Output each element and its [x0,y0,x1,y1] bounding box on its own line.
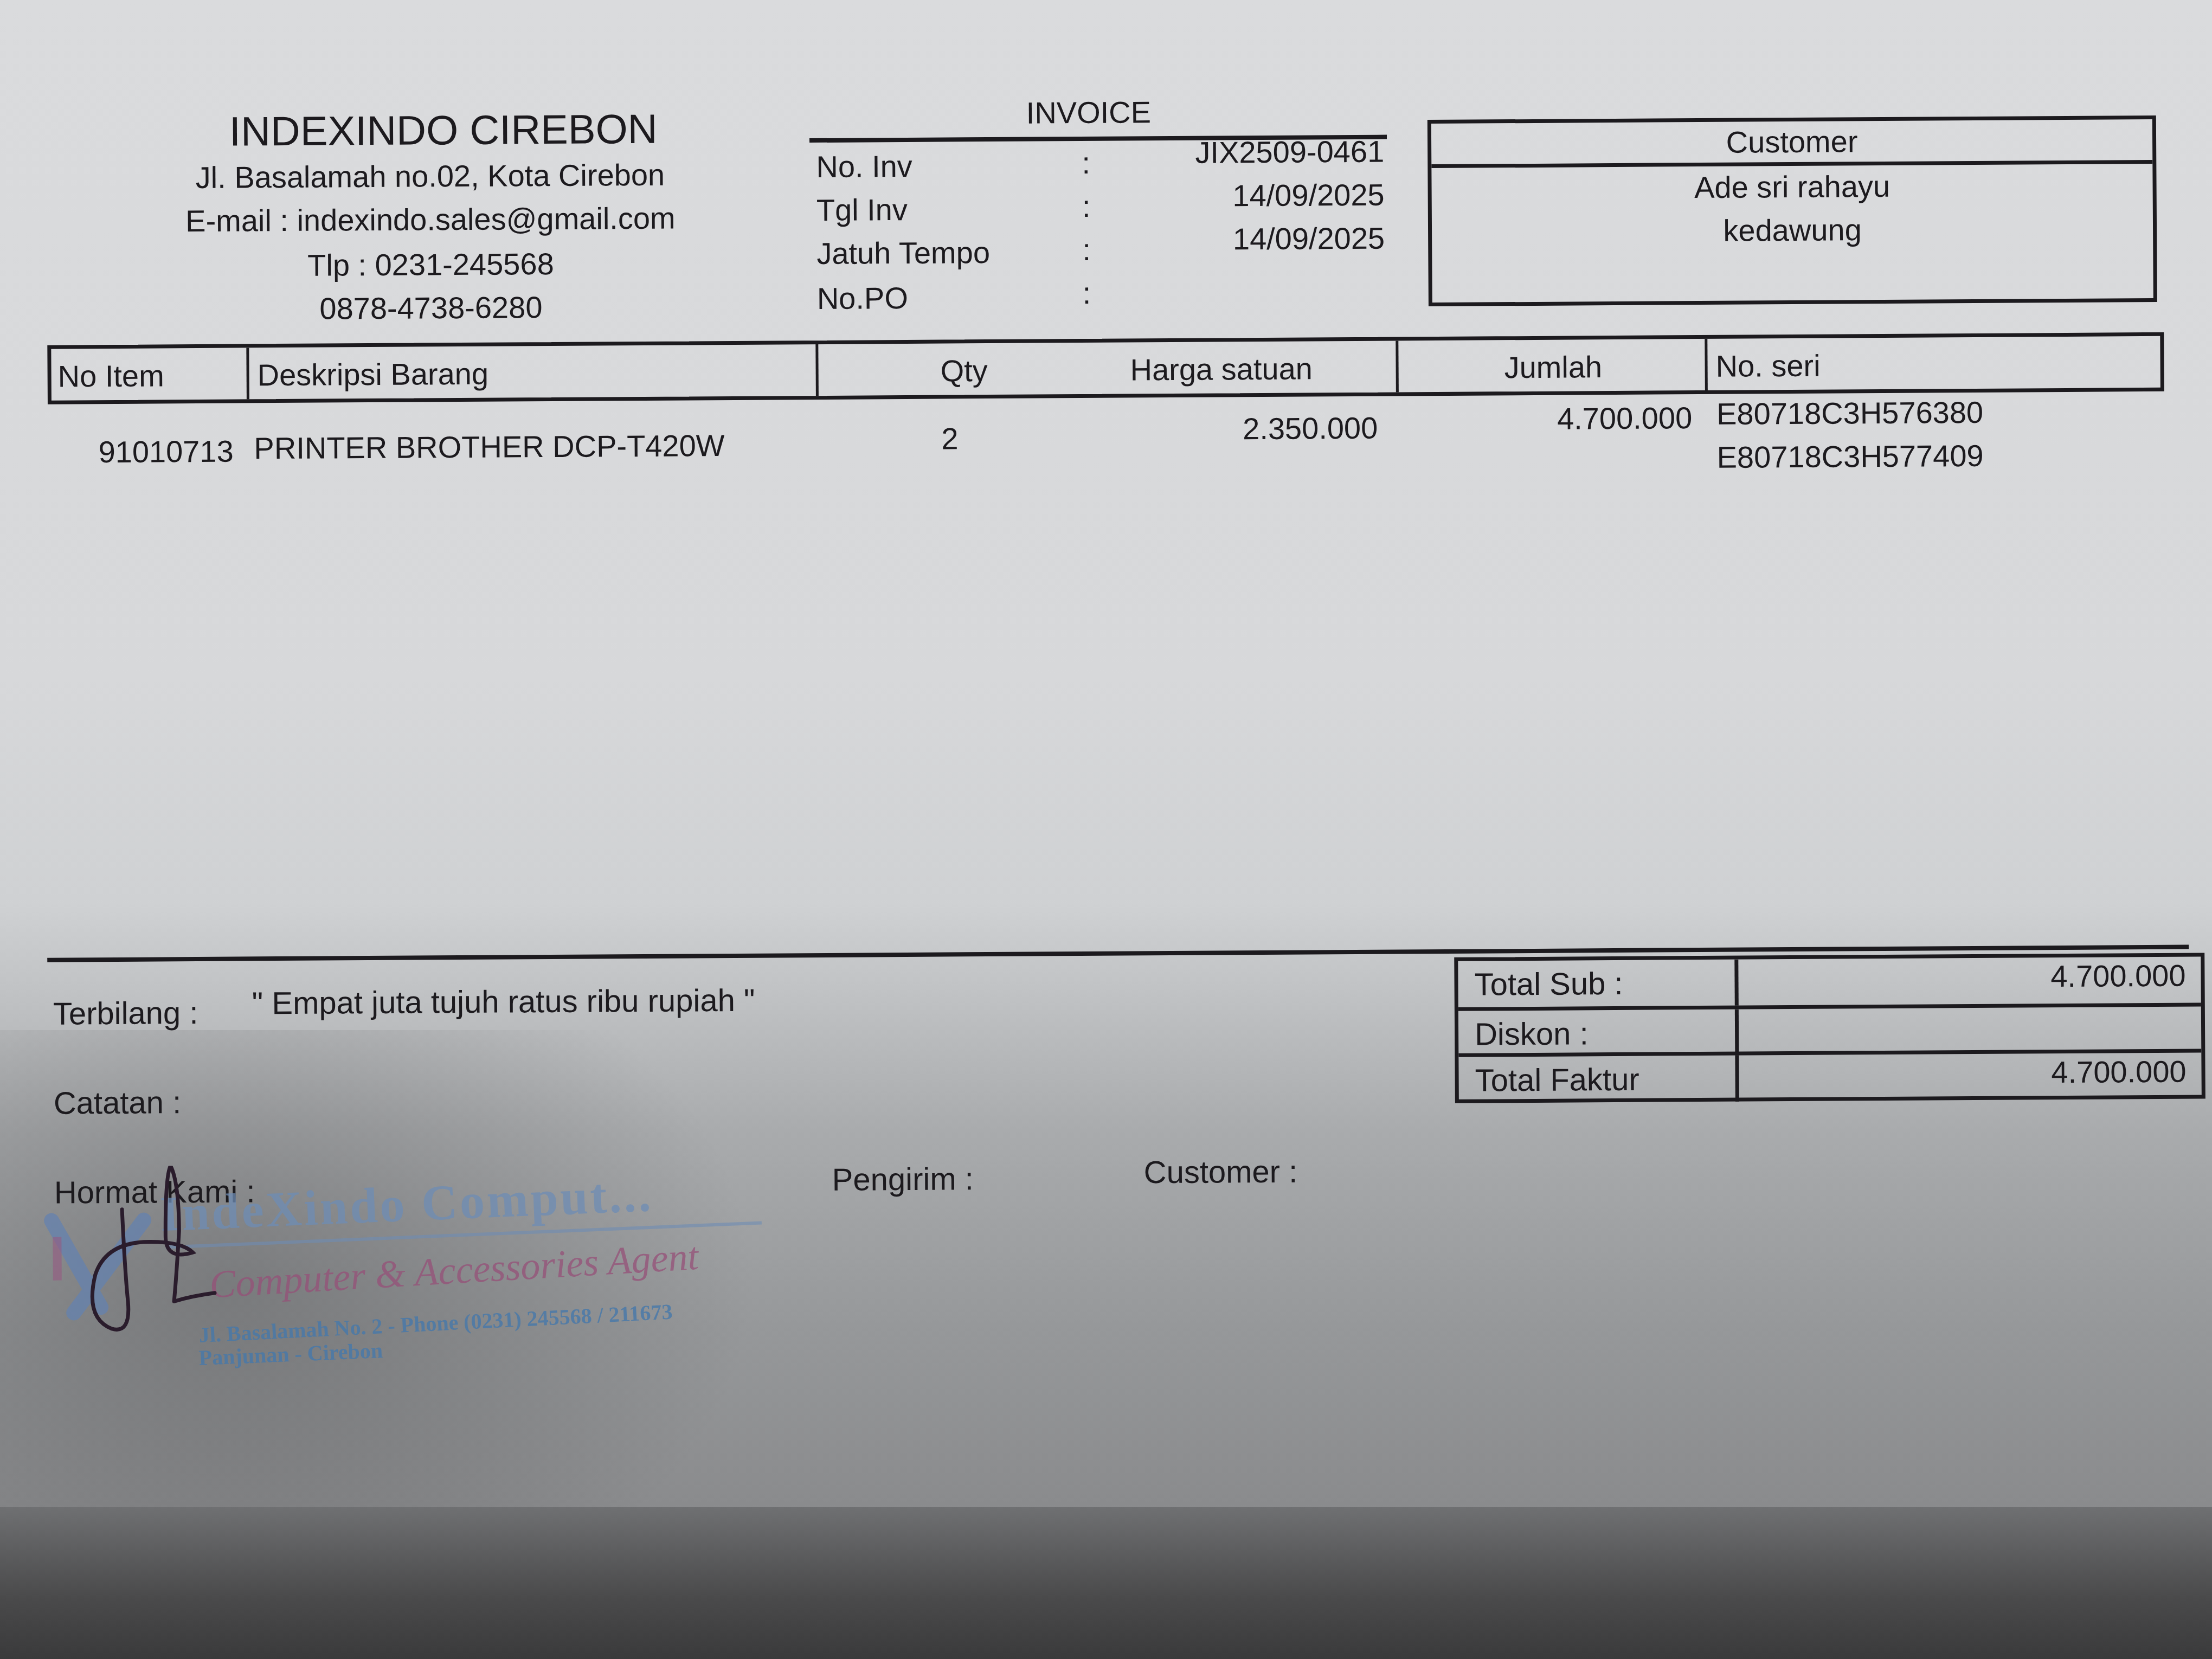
catatan-label: Catatan : [54,1084,182,1121]
item-qty: 2 [941,421,959,456]
item-description: PRINTER BROTHER DCP-T420W [254,428,724,466]
company-name: INDEXINDO CIREBON [229,106,658,156]
invoice-number-value: JIX2509-0461 [1195,134,1384,170]
invoice-date-colon: : [1082,189,1091,224]
company-phone: Tlp : 0231-245568 [132,245,729,284]
invoice-title: INVOICE [1026,94,1152,130]
header-description: Deskripsi Barang [257,356,488,393]
grand-total-label: Total Faktur [1475,1062,1639,1099]
item-table-header: No Item Deskripsi Barang Qty Harga satua… [47,332,2164,404]
customer-box-header: Customer [1431,119,2152,168]
item-unit-price: 2.350.000 [1243,410,1378,447]
item-number: 91010713 [98,434,234,470]
discount-label: Diskon : [1475,1015,1589,1052]
terbilang-value: " Empat juta tujuh ratus ribu rupiah " [252,982,755,1022]
subtotal-label: Total Sub : [1474,966,1623,1003]
customer-name: Ade sri rahayu [1431,167,2152,207]
totals-divider [1734,960,1739,1006]
column-divider [815,344,819,396]
due-date-colon: : [1082,232,1091,267]
subtotal-value: 4.700.000 [2050,958,2186,994]
signature-mark [84,1165,248,1345]
header-qty: Qty [940,353,988,389]
company-email: E-mail : indexindo.sales@gmail.com [132,200,729,239]
header-amount: Jumlah [1504,349,1602,385]
column-divider [1705,339,1708,390]
totals-divider [1735,1056,1739,1102]
totals-box: Total Sub : 4.700.000 Diskon : Total Fak… [1454,953,2205,1103]
company-address: Jl. Basalamah no.02, Kota Cirebon [132,157,728,196]
background-surface [0,1507,2212,1659]
invoice-number-colon: : [1082,145,1090,181]
invoice-date-label: Tgl Inv [816,192,908,228]
item-amount: 4.700.000 [1557,400,1693,436]
header-no-item: No Item [57,358,164,394]
item-serial-1: E80718C3H576380 [1716,395,1983,432]
totals-divider [1735,1009,1739,1056]
company-mobile: 0878-4738-6280 [133,288,729,327]
stamp-address: Jl. Basalamah No. 2 - Phone (0231) 24556… [198,1299,673,1348]
po-number-colon: : [1083,275,1091,311]
po-number-label: No.PO [817,280,908,316]
pengirim-label: Pengirim : [832,1161,974,1198]
customer-signature-label: Customer : [1143,1154,1297,1191]
grand-total-value: 4.700.000 [2051,1054,2187,1090]
item-serial-2: E80718C3H577409 [1716,438,1983,475]
invoice-document: INDEXINDO CIREBON Jl. Basalamah no.02, K… [0,0,2212,1514]
terbilang-label: Terbilang : [53,995,198,1032]
totals-row-grand-total: Total Faktur 4.700.000 [1458,1049,2202,1103]
column-divider [246,348,249,399]
customer-box: Customer Ade sri rahayu kedawung [1427,115,2157,306]
totals-row-subtotal: Total Sub : 4.700.000 [1458,956,2201,1007]
due-date-value: 14/09/2025 [1233,221,1385,257]
column-divider [1396,340,1399,392]
due-date-label: Jatuh Tempo [816,235,990,271]
header-unit-price: Harga satuan [1130,351,1313,387]
header-serial: No. seri [1715,348,1820,384]
invoice-date-value: 14/09/2025 [1232,177,1385,214]
invoice-number-label: No. Inv [816,149,912,184]
stamp-subtitle: Computer & Accessories Agent [208,1234,700,1308]
customer-location: kedawung [1432,210,2153,250]
